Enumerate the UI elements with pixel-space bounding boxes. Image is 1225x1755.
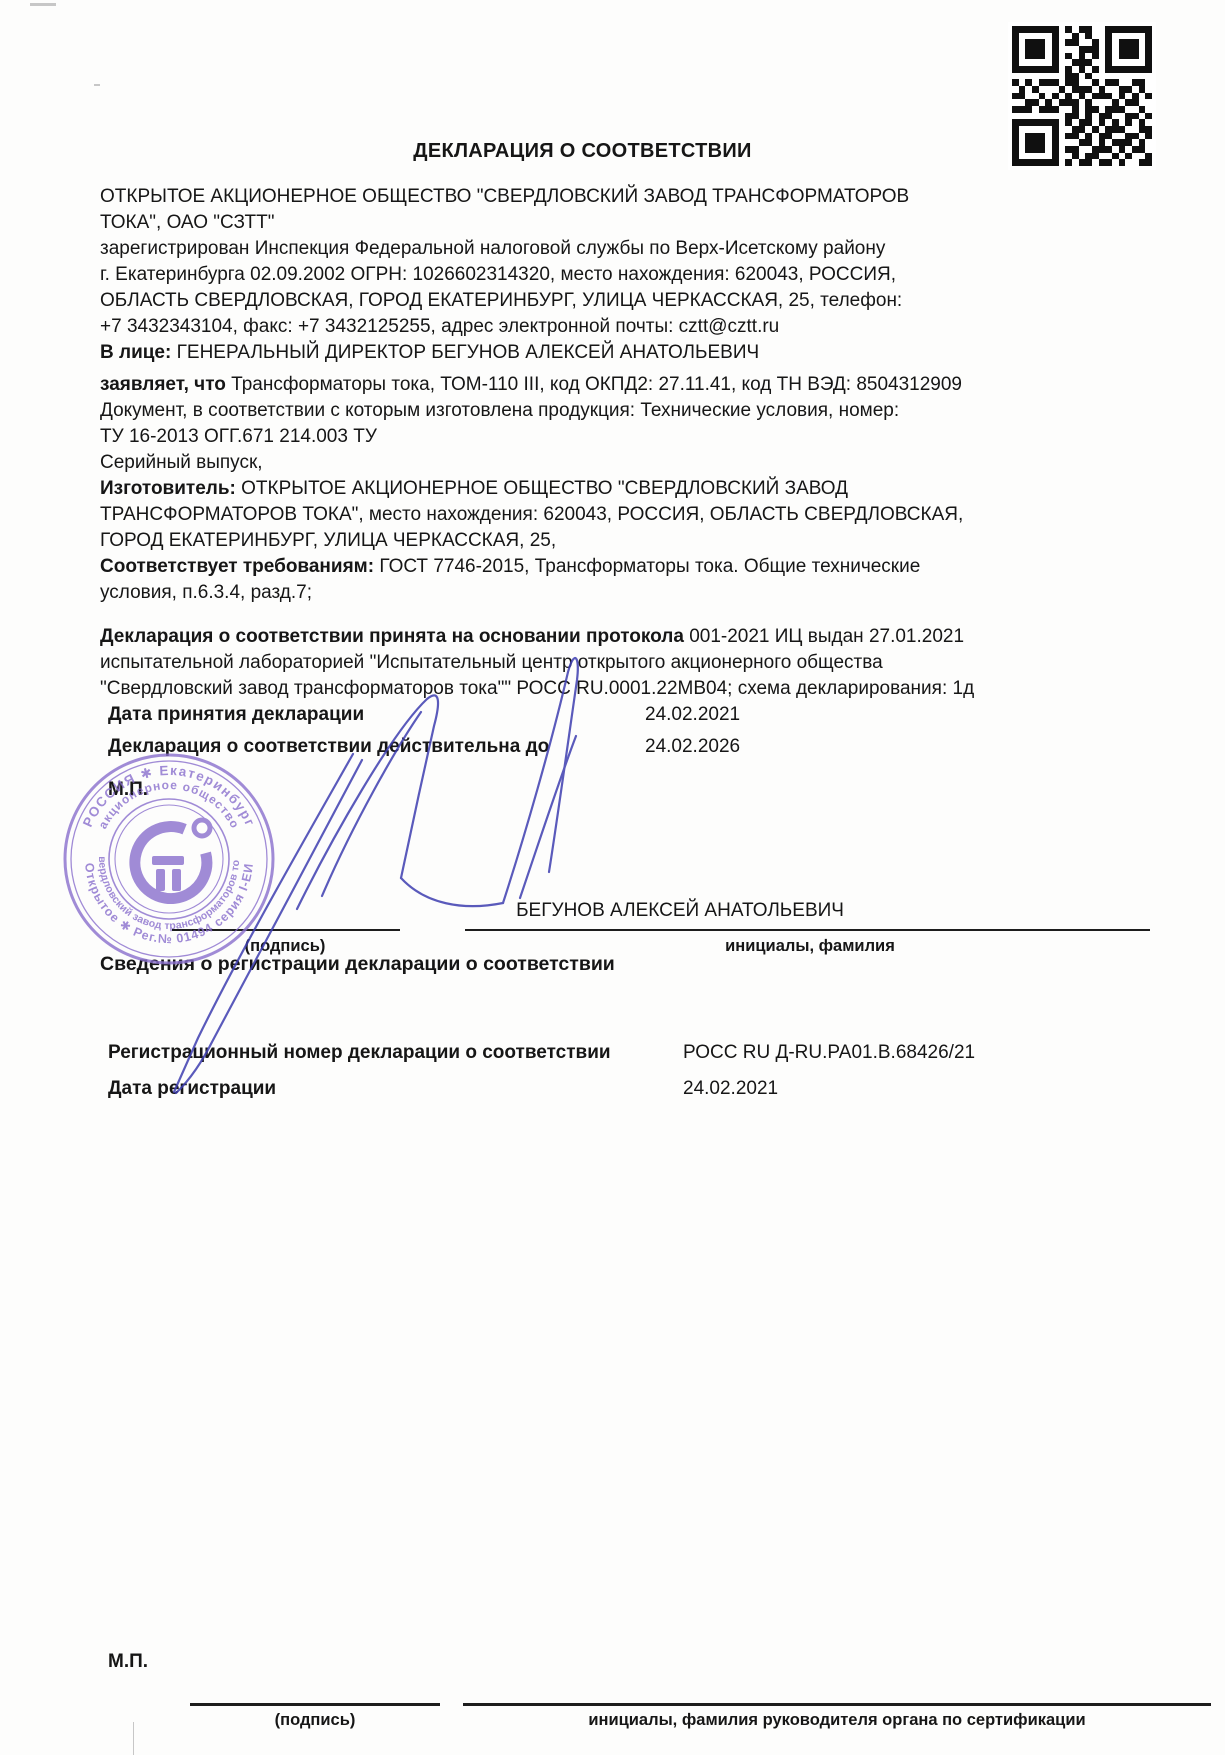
- adoption-date-label: Дата принятия декларации: [108, 702, 364, 728]
- conformity-value: ГОСТ 7746-2015, Трансформаторы тока. Общ…: [374, 556, 920, 577]
- manufacturer-value: ОТКРЫТОЕ АКЦИОНЕРНОЕ ОБЩЕСТВО "СВЕРДЛОВС…: [236, 478, 848, 499]
- declares-label: заявляет, что: [100, 374, 226, 395]
- manufacturer-label: Изготовитель:: [100, 478, 236, 499]
- scan-artifact: [30, 3, 56, 6]
- company-stamp: РОССИЯ ✱ Екатеринбург Открытое ✱ Рег.№ 0…: [58, 748, 280, 970]
- manufacturer-line1: Изготовитель: ОТКРЫТОЕ АКЦИОНЕРНОЕ ОБЩЕС…: [100, 476, 1048, 502]
- in-person-value: ГЕНЕРАЛЬНЫЙ ДИРЕКТОР БЕГУНОВ АЛЕКСЕЙ АНА…: [171, 342, 759, 363]
- reg-number-label: Регистрационный номер декларации о соотв…: [108, 1040, 611, 1066]
- scan-artifact: [133, 1722, 134, 1755]
- applicant-registration-info: зарегистрирован Инспекция Федеральной на…: [100, 236, 1048, 340]
- serial-issue-line: Серийный выпуск,: [100, 450, 1048, 476]
- reg-number-value: РОСС RU Д-RU.РА01.В.68426/21: [683, 1040, 975, 1066]
- product-document-block: Документ, в соответствии с которым изгот…: [100, 398, 1048, 450]
- signer-name: БЕГУНОВ АЛЕКСЕЙ АНАТОЛЬЕВИЧ: [430, 898, 930, 924]
- declares-line: заявляет, что Трансформаторы тока, ТОМ-1…: [100, 372, 1048, 398]
- registration-info-line: зарегистрирован Инспекция Федеральной на…: [100, 236, 1048, 262]
- stamp-center-logo: [122, 814, 219, 911]
- manufacturer-block: Изготовитель: ОТКРЫТОЕ АКЦИОНЕРНОЕ ОБЩЕС…: [100, 476, 1048, 554]
- registration-info-line: ОБЛАСТЬ СВЕРДЛОВСКАЯ, ГОРОД ЕКАТЕРИНБУРГ…: [100, 288, 1048, 314]
- applicant-name: ОТКРЫТОЕ АКЦИОНЕРНОЕ ОБЩЕСТВО "СВЕРДЛОВС…: [100, 184, 1048, 236]
- reg-date-value: 24.02.2021: [683, 1076, 778, 1102]
- conformity-label: Соответствует требованиям:: [100, 556, 374, 577]
- product-document-line1: Документ, в соответствии с которым изгот…: [100, 398, 1048, 424]
- conformity-block: Соответствует требованиям: ГОСТ 7746-201…: [100, 554, 1048, 606]
- product-document-line2: ТУ 16-2013 ОГГ.671 214.003 ТУ: [100, 424, 1048, 450]
- manufacturer-line2: ТРАНСФОРМАТОРОВ ТОКА", место нахождения:…: [100, 502, 1048, 528]
- in-person-label: В лице:: [100, 342, 171, 363]
- valid-until-value: 24.02.2026: [645, 734, 740, 760]
- adoption-date-value: 24.02.2021: [645, 702, 740, 728]
- registration-info-line: г. Екатеринбурга 02.09.2002 ОГРН: 102660…: [100, 262, 1048, 288]
- footer-signature-line: [190, 1703, 440, 1706]
- basis-line2: испытательной лабораторией "Испытательны…: [100, 650, 1048, 676]
- declaration-document-page: ДЕКЛАРАЦИЯ О СООТВЕТСТВИИ ОТКРЫТОЕ АКЦИО…: [0, 0, 1225, 1755]
- basis-label: Декларация о соответствии принята на осн…: [100, 626, 684, 647]
- footer-name-caption: инициалы, фамилия руководителя органа по…: [463, 1710, 1211, 1730]
- conformity-line1: Соответствует требованиям: ГОСТ 7746-201…: [100, 554, 1048, 580]
- in-person-line: В лице: ГЕНЕРАЛЬНЫЙ ДИРЕКТОР БЕГУНОВ АЛЕ…: [100, 340, 1048, 366]
- applicant-name-line1: ОТКРЫТОЕ АКЦИОНЕРНОЕ ОБЩЕСТВО "СВЕРДЛОВС…: [100, 184, 1048, 210]
- reg-date-label: Дата регистрации: [108, 1076, 276, 1102]
- basis-line3: "Свердловский завод трансформаторов тока…: [100, 676, 1048, 702]
- conformity-line2: условия, п.6.3.4, разд.7;: [100, 580, 1048, 606]
- basis-line1: Декларация о соответствии принята на осн…: [100, 624, 1048, 650]
- page-title: ДЕКЛАРАЦИЯ О СООТВЕТСТВИИ: [100, 138, 1065, 164]
- manufacturer-line3: ГОРОД ЕКАТЕРИНБУРГ, УЛИЦА ЧЕРКАССКАЯ, 25…: [100, 528, 1048, 554]
- declares-value: Трансформаторы тока, ТОМ-110 III, код ОК…: [226, 374, 962, 395]
- name-line-rule: [465, 929, 1150, 931]
- applicant-name-line2: ТОКА", ОАО "СЗТТ": [100, 210, 1048, 236]
- registration-info-line: +7 3432343104, факс: +7 3432125255, адре…: [100, 314, 1048, 340]
- basis-block: Декларация о соответствии принята на осн…: [100, 624, 1048, 702]
- basis-value: 001-2021 ИЦ выдан 27.01.2021: [684, 626, 964, 647]
- footer-name-line: [463, 1703, 1211, 1706]
- footer-seal-place-label: М.П.: [108, 1649, 148, 1675]
- scan-artifact: [94, 84, 100, 86]
- footer-signature-caption: (подпись): [240, 1710, 390, 1730]
